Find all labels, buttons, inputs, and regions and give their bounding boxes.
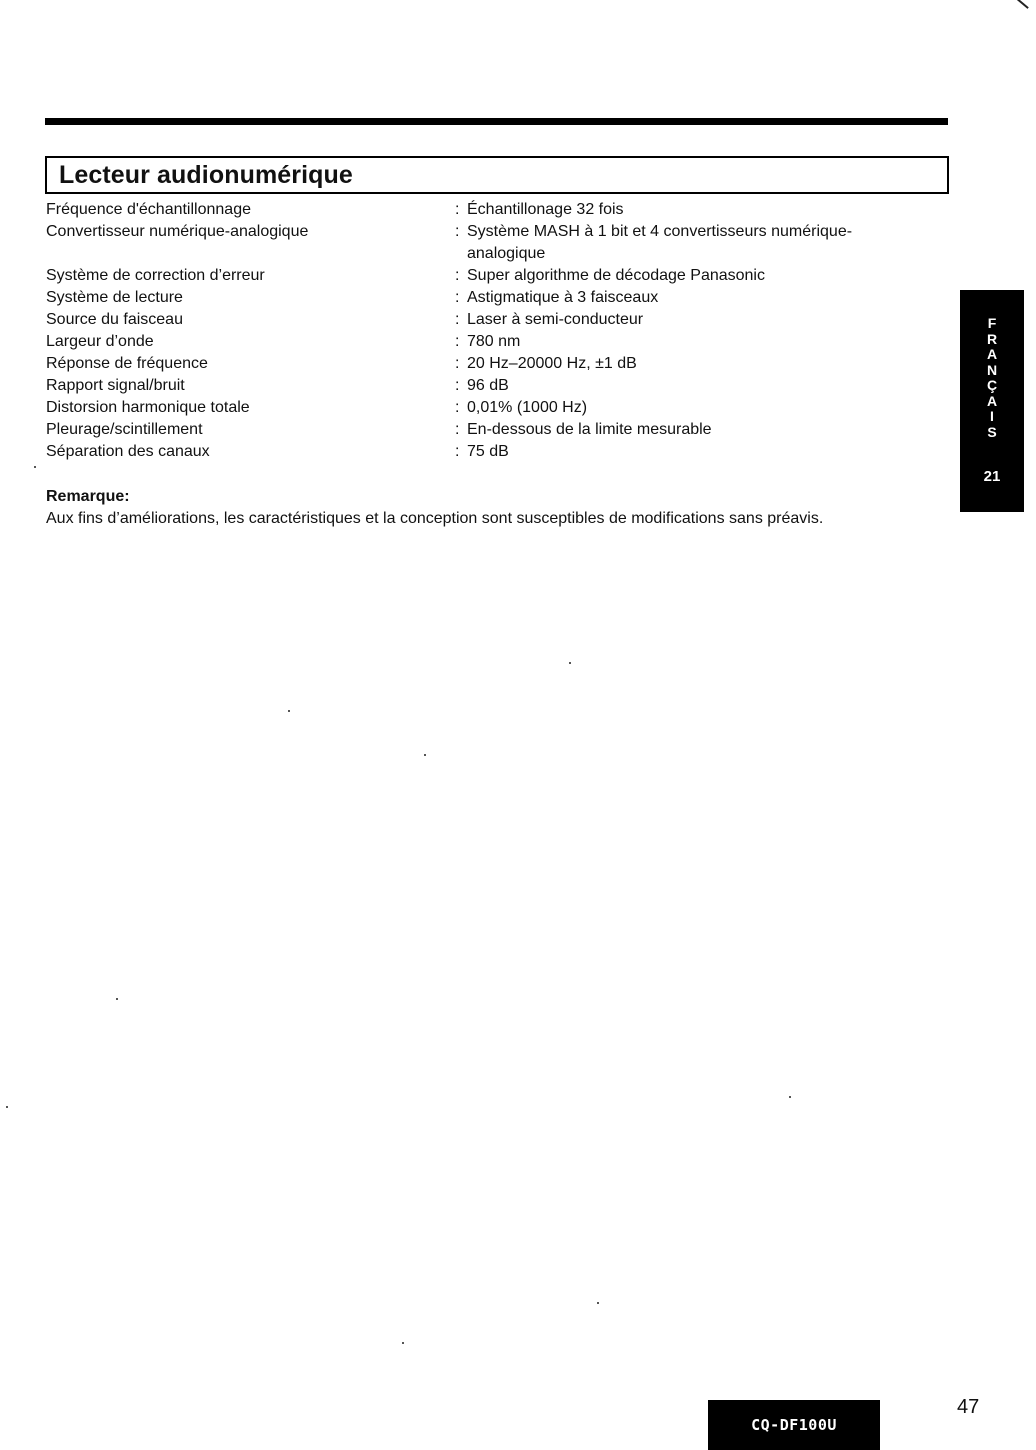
scan-speck xyxy=(6,1106,8,1108)
spec-row: Fréquence d'échantillonnage :Échantillon… xyxy=(46,199,926,221)
spec-colon: : xyxy=(455,353,467,375)
top-rule xyxy=(45,118,948,125)
spec-row: Convertisseur numérique-analogique :Syst… xyxy=(46,221,926,265)
spec-value: Échantillonage 32 fois xyxy=(467,199,926,221)
model-label: CQ-DF100U xyxy=(708,1400,880,1450)
spec-value: 0,01% (1000 Hz) xyxy=(467,397,926,419)
spec-value: Astigmatique à 3 faisceaux xyxy=(467,287,926,309)
spec-colon: : xyxy=(455,375,467,397)
spec-row: Pleurage/scintillement :En-dessous de la… xyxy=(46,419,926,441)
spec-list: Fréquence d'échantillonnage :Échantillon… xyxy=(46,199,926,463)
spec-value: 96 dB xyxy=(467,375,926,397)
spec-label: Séparation des canaux xyxy=(46,441,455,463)
remark-block: Remarque: Aux fins d’améliorations, les … xyxy=(46,486,823,530)
spec-row: Largeur d’onde :780 nm xyxy=(46,331,926,353)
spec-colon: : xyxy=(455,265,467,287)
spec-row: Réponse de fréquence :20 Hz–20000 Hz, ±1… xyxy=(46,353,926,375)
language-letter: S xyxy=(960,425,1024,441)
language-section-page: 21 xyxy=(960,468,1024,485)
language-letter: F xyxy=(960,316,1024,332)
scan-speck xyxy=(116,998,118,1000)
spec-label: Réponse de fréquence xyxy=(46,353,455,375)
spec-label: Distorsion harmonique totale xyxy=(46,397,455,419)
scan-speck xyxy=(34,466,36,468)
language-label: F R A N Ç A I S xyxy=(960,316,1024,440)
spec-label: Système de correction d’erreur xyxy=(46,265,455,287)
spec-label: Fréquence d'échantillonnage xyxy=(46,199,455,221)
spec-row: Rapport signal/bruit :96 dB xyxy=(46,375,926,397)
spec-row: Source du faisceau :Laser à semi-conduct… xyxy=(46,309,926,331)
spec-value: En-dessous de la limite mesurable xyxy=(467,419,926,441)
language-letter: R xyxy=(960,332,1024,348)
remark-title: Remarque: xyxy=(46,486,823,508)
scan-mark xyxy=(1015,0,1029,9)
spec-label: Largeur d’onde xyxy=(46,331,455,353)
spec-colon: : xyxy=(455,441,467,463)
remark-text: Aux fins d’améliorations, les caractéris… xyxy=(46,508,823,530)
spec-label: Pleurage/scintillement xyxy=(46,419,455,441)
spec-label: Source du faisceau xyxy=(46,309,455,331)
spec-value: Super algorithme de décodage Panasonic xyxy=(467,265,926,287)
spec-label: Système de lecture xyxy=(46,287,455,309)
spec-row: Système de correction d’erreur :Super al… xyxy=(46,265,926,287)
scan-speck xyxy=(424,754,426,756)
spec-row: Système de lecture :Astigmatique à 3 fai… xyxy=(46,287,926,309)
language-letter: N xyxy=(960,363,1024,379)
spec-value: 780 nm xyxy=(467,331,926,353)
spec-colon: : xyxy=(455,419,467,441)
language-letter: A xyxy=(960,347,1024,363)
spec-colon: : xyxy=(455,287,467,309)
language-tab: F R A N Ç A I S 21 xyxy=(960,290,1024,512)
spec-label: Rapport signal/bruit xyxy=(46,375,455,397)
spec-label: Convertisseur numérique-analogique xyxy=(46,221,455,265)
spec-value: Laser à semi-conducteur xyxy=(467,309,926,331)
section-title-box: Lecteur audionumérique xyxy=(45,156,949,194)
language-letter: A xyxy=(960,394,1024,410)
scan-speck xyxy=(288,710,290,712)
spec-value: 20 Hz–20000 Hz, ±1 dB xyxy=(467,353,926,375)
language-letter: Ç xyxy=(960,378,1024,394)
spec-value: Système MASH à 1 bit et 4 convertisseurs… xyxy=(467,221,917,265)
section-title: Lecteur audionumérique xyxy=(59,159,353,191)
language-letter: I xyxy=(960,409,1024,425)
scan-speck xyxy=(569,662,571,664)
spec-colon: : xyxy=(455,397,467,419)
spec-row: Distorsion harmonique totale :0,01% (100… xyxy=(46,397,926,419)
scan-speck xyxy=(789,1096,791,1098)
scan-speck xyxy=(402,1342,404,1344)
scan-speck xyxy=(597,1302,599,1304)
spec-colon: : xyxy=(455,199,467,221)
spec-value: 75 dB xyxy=(467,441,926,463)
spec-row: Séparation des canaux :75 dB xyxy=(46,441,926,463)
page-number: 47 xyxy=(957,1396,979,1419)
spec-colon: : xyxy=(455,221,467,265)
spec-colon: : xyxy=(455,331,467,353)
spec-colon: : xyxy=(455,309,467,331)
